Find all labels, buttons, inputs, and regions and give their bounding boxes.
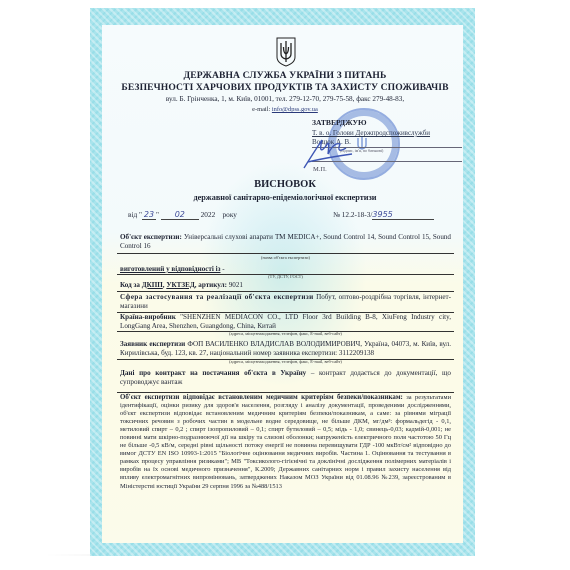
date-quote: "	[156, 210, 159, 219]
contract-field: Дані про контракт на постачання об'єкта …	[120, 369, 451, 387]
organization-email-line: e-mail: info@dpss.gov.ua	[0, 106, 570, 113]
email-label: e-mail:	[252, 106, 270, 113]
scope-field: Сфера застосування та реалізації об'єкта…	[120, 293, 451, 311]
code-value: 9021	[229, 281, 243, 289]
manufactured-value: -	[222, 265, 224, 273]
document-number: № 12.2-18-3/3955	[333, 210, 434, 220]
applicant-label: Заявник експертизи	[120, 340, 185, 348]
applicant-field: Заявник експертизи ФОП ВАСИЛЕНКО ВЛАДИСЛ…	[120, 340, 451, 358]
date-day: 23	[142, 210, 156, 220]
contract-label: Дані про контракт на постачання об'єкта …	[120, 369, 306, 377]
organization-name-line1: ДЕРЖАВНА СЛУЖБА УКРАЇНИ З ПИТАНЬ	[0, 70, 570, 81]
date-month: 02	[161, 210, 199, 220]
organization-name-line2: БЕЗПЕЧНОСТІ ХАРЧОВИХ ПРОДУКТІВ ТА ЗАХИСТ…	[0, 82, 570, 93]
manufactured-caption: (ТУ, ДСТУ, ГОСТ)	[117, 274, 454, 279]
compliance-text: за результатами ідентифікації, оцінки ри…	[120, 394, 451, 490]
date-prefix: від "	[128, 210, 142, 219]
scope-label: Сфера застосування та реалізації об'єкта…	[120, 293, 314, 301]
object-field: Об'єкт експертизи: Універсальні слухові …	[120, 233, 451, 251]
code-uktzed: УКТЗЕД	[166, 281, 194, 289]
code-label-prefix: Код за	[120, 281, 140, 289]
compliance-field: Об'єкт експертизи відповідає встановлени…	[120, 394, 451, 491]
country-field: Країна-виробник "SHENZHEN MEDIACON CO., …	[120, 313, 451, 331]
code-dkpp: ДКПП	[142, 281, 163, 289]
email-link[interactable]: info@dpss.gov.ua	[272, 106, 318, 113]
signature-icon	[300, 132, 358, 172]
divider	[117, 291, 454, 292]
object-caption: (назва об'єкта експертизи)	[117, 255, 454, 260]
organization-address: вул. Б. Грінченка, 1, м. Київ, 01001, те…	[0, 95, 570, 103]
document-title: ВИСНОВОК	[0, 179, 570, 190]
country-label: Країна-виробник	[120, 313, 176, 321]
applicant-caption: (адреса, місцезнаходження, телефон, факс…	[117, 359, 454, 364]
manufactured-label: виготовлений у відповідності із	[120, 265, 220, 273]
country-caption: (адреса, місцезнаходження, телефон, факс…	[117, 331, 454, 336]
number-prefix: № 12.2-18-3/	[333, 210, 372, 219]
code-label-suffix: , артикул:	[195, 281, 227, 289]
document-subtitle: державної санітарно-епідеміологічної екс…	[0, 193, 570, 202]
manufactured-field: виготовлений у відповідності із -	[120, 265, 451, 274]
compliance-label: Об'єкт експертизи відповідає встановлени…	[120, 394, 403, 401]
divider	[117, 253, 454, 254]
date-year: 2022	[201, 210, 216, 219]
code-field: Код за ДКПП, УКТЗЕД, артикул: 9021	[120, 281, 451, 290]
date-suffix: року	[223, 210, 237, 219]
divider	[117, 392, 454, 393]
trident-coat-of-arms-icon	[276, 37, 296, 67]
object-label: Об'єкт експертизи:	[120, 233, 182, 241]
approval-label: ЗАТВЕРДЖУЮ	[312, 118, 367, 127]
number-value: 3955	[372, 210, 434, 220]
document-date: від "23" 02 2022 року	[128, 210, 237, 220]
